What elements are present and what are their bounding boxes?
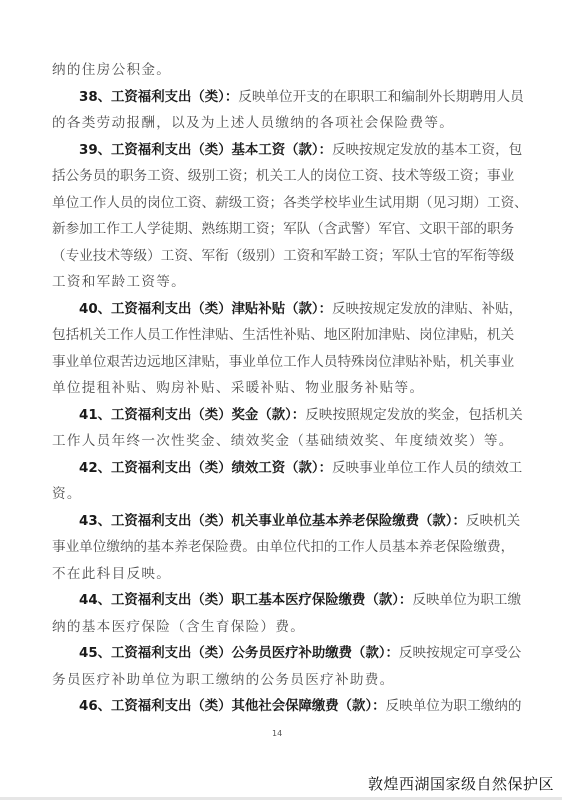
paragraph-line: 单位提租补贴、购房补贴、采暖补贴、物业服务补贴等。 xyxy=(52,375,512,402)
paragraph-line: 纳的住房公积金。 xyxy=(52,57,512,84)
section-heading-line: 41、工资福利支出（类）奖金（款）：反映按照规定发放的奖金，包括机关 xyxy=(52,402,512,429)
section-text: 新参加工作工人学徒期、熟练期工资；军队（含武警）军官、文职干部的职务 xyxy=(52,221,514,237)
section-text: 工资和军龄工资等。 xyxy=(52,274,186,290)
section-text: 反映单位为职工缴 xyxy=(412,592,521,608)
section-text: 不在此科目反映。 xyxy=(52,566,171,582)
section-text: 事业单位缴纳的基本养老保险费。由单位代扣的工作人员基本养老保险缴费， xyxy=(52,539,514,555)
paragraph-line: 工作人员年终一次性奖金、绩效奖金（基础绩效奖、年度绩效奖）等。 xyxy=(52,428,512,455)
section-text: 资。 xyxy=(52,486,82,502)
section-text: 单位提租补贴、购房补贴、采暖补贴、物业服务补贴等。 xyxy=(52,380,424,396)
section-text: 纳的住房公积金。 xyxy=(52,62,171,78)
document-page: 纳的住房公积金。38、工资福利支出（类）：反映单位开支的在职职工和编制外长期聘用… xyxy=(52,57,512,720)
section-title: 45、工资福利支出（类）公务员医疗补助缴费（款）： xyxy=(79,646,399,661)
paragraph-line: 括公务员的职务工资、级别工资；机关工人的岗位工资、技术等级工资；事业 xyxy=(52,163,512,190)
section-heading-line: 43、工资福利支出（类）机关事业单位基本养老保险缴费（款）：反映机关 xyxy=(52,508,512,535)
section-text: 括公务员的职务工资、级别工资；机关工人的岗位工资、技术等级工资；事业 xyxy=(52,168,514,184)
section-text: 反映单位为职工缴纳的 xyxy=(386,698,522,714)
section-title: 44、工资福利支出（类）职工基本医疗保险缴费（款）： xyxy=(79,593,412,608)
section-heading-line: 46、工资福利支出（类）其他社会保障缴费（款）：反映单位为职工缴纳的 xyxy=(52,693,512,720)
section-heading-line: 44、工资福利支出（类）职工基本医疗保险缴费（款）：反映单位为职工缴 xyxy=(52,587,512,614)
paragraph-line: 包括机关工作人员工作性津贴、生活性补贴、地区附加津贴、岗位津贴，机关 xyxy=(52,322,512,349)
section-title: 41、工资福利支出（类）奖金（款）： xyxy=(79,408,305,423)
section-text: 事业单位艰苦边远地区津贴，事业单位工作人员特殊岗位津贴补贴，机关事业 xyxy=(52,354,514,370)
paragraph-line: 纳的基本医疗保险（含生育保险）费。 xyxy=(52,614,512,641)
section-heading-line: 38、工资福利支出（类）：反映单位开支的在职职工和编制外长期聘用人员 xyxy=(52,84,512,111)
paragraph-line: 事业单位缴纳的基本养老保险费。由单位代扣的工作人员基本养老保险缴费， xyxy=(52,534,512,561)
paragraph-line: 事业单位艰苦边远地区津贴，事业单位工作人员特殊岗位津贴补贴，机关事业 xyxy=(52,349,512,376)
section-title: 42、工资福利支出（类）绩效工资（款）： xyxy=(79,461,332,476)
section-text: 包括机关工作人员工作性津贴、生活性补贴、地区附加津贴、岗位津贴，机关 xyxy=(52,327,514,343)
section-text: 反映按规定可享受公 xyxy=(399,645,521,661)
section-heading-line: 42、工资福利支出（类）绩效工资（款）：反映事业单位工作人员的绩效工 xyxy=(52,455,512,482)
section-text: 反映事业单位工作人员的绩效工 xyxy=(332,460,522,476)
section-text: 纳的基本医疗保险（含生育保险）费。 xyxy=(52,619,305,635)
watermark-text: 敦煌西湖国家级自然保护区 xyxy=(368,773,554,794)
section-title: 38、工资福利支出（类）： xyxy=(79,90,238,105)
section-title: 46、工资福利支出（类）其他社会保障缴费（款）： xyxy=(79,699,386,714)
page-number: 14 xyxy=(272,729,282,738)
paragraph-line: 务员医疗补助单位为职工缴纳的公务员医疗补助费。 xyxy=(52,667,512,694)
section-heading-line: 40、工资福利支出（类）津贴补贴（款）：反映按规定发放的津贴、补贴， xyxy=(52,296,512,323)
section-title: 40、工资福利支出（类）津贴补贴（款）： xyxy=(79,302,332,317)
section-text: 工作人员年终一次性奖金、绩效奖金（基础绩效奖、年度绩效奖）等。 xyxy=(52,433,514,449)
section-text: 反映按规定发放的基本工资，包 xyxy=(332,142,522,158)
section-text: 的各类劳动报酬，以及为上述人员缴纳的各项社会保险费等。 xyxy=(52,115,454,131)
section-text: 单位工作人员的岗位工资、薪级工资；各类学校毕业生试用期（见习期）工资、 xyxy=(52,195,528,211)
section-text: 反映单位开支的在职职工和编制外长期聘用人员 xyxy=(238,89,523,105)
section-heading-line: 45、工资福利支出（类）公务员医疗补助缴费（款）：反映按规定可享受公 xyxy=(52,640,512,667)
paragraph-line: 工资和军龄工资等。 xyxy=(52,269,512,296)
paragraph-line: 的各类劳动报酬，以及为上述人员缴纳的各项社会保险费等。 xyxy=(52,110,512,137)
section-text: （专业技术等级）工资、军衔（级别）工资和军龄工资；军队士官的军衔等级 xyxy=(52,248,514,264)
paragraph-line: 资。 xyxy=(52,481,512,508)
paragraph-line: 新参加工作工人学徒期、熟练期工资；军队（含武警）军官、文职干部的职务 xyxy=(52,216,512,243)
section-text: 务员医疗补助单位为职工缴纳的公务员医疗补助费。 xyxy=(52,672,395,688)
section-text: 反映机关 xyxy=(466,513,520,529)
section-text: 反映按照规定发放的奖金，包括机关 xyxy=(305,407,523,423)
paragraph-line: 不在此科目反映。 xyxy=(52,561,512,588)
section-title: 39、工资福利支出（类）基本工资（款）： xyxy=(79,143,332,158)
section-text: 反映按规定发放的津贴、补贴， xyxy=(332,301,522,317)
section-heading-line: 39、工资福利支出（类）基本工资（款）：反映按规定发放的基本工资，包 xyxy=(52,137,512,164)
paragraph-line: 单位工作人员的岗位工资、薪级工资；各类学校毕业生试用期（见习期）工资、 xyxy=(52,190,512,217)
paragraph-line: （专业技术等级）工资、军衔（级别）工资和军龄工资；军队士官的军衔等级 xyxy=(52,243,512,270)
section-title: 43、工资福利支出（类）机关事业单位基本养老保险缴费（款）： xyxy=(79,514,466,529)
